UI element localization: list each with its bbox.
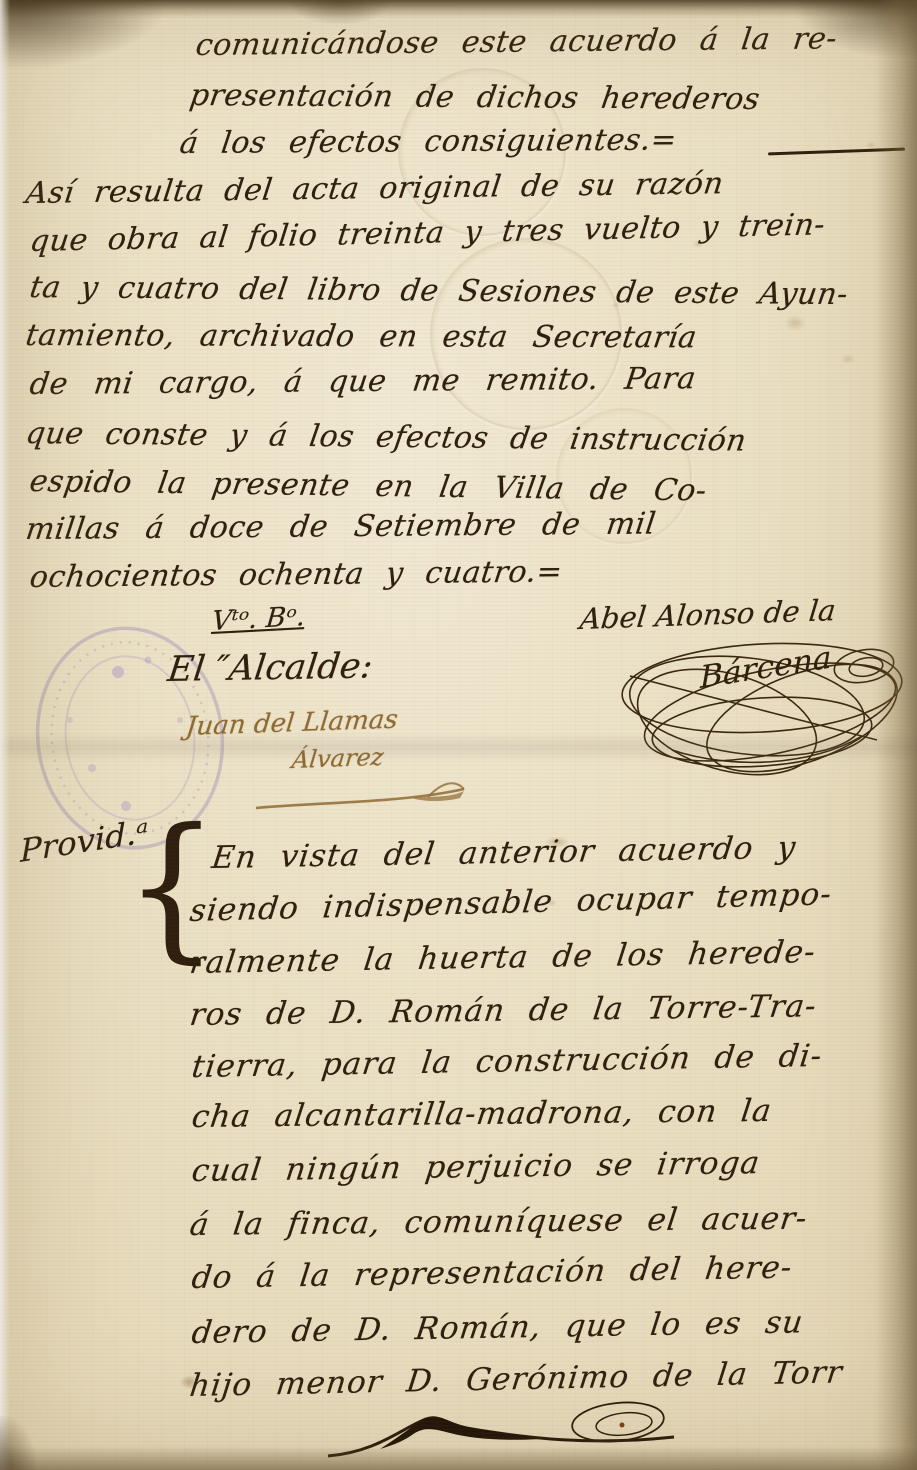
manuscript-line: que obra al folio treinta y tres vuelto … xyxy=(28,207,827,259)
manuscript-line: ochocientos ochenta y cuatro.= xyxy=(28,554,565,595)
manuscript-line: de mi cargo, á que me remito. Para xyxy=(28,361,699,402)
paper-crease xyxy=(0,732,917,762)
manuscript-line: millas á doce de Setiembre de mil xyxy=(24,507,658,547)
paper-corner-bottom-left xyxy=(0,1416,36,1470)
manuscript-line: tierra, para la construcción de di- xyxy=(190,1038,825,1085)
manuscript-line: ta y cuatro del libro de Sesiones de est… xyxy=(27,270,850,312)
manuscript-line: ralmente la huerta de los herede- xyxy=(188,934,818,981)
manuscript-line: ros de D. Román de la Torre-Tra- xyxy=(188,988,819,1033)
manuscript-line: hijo menor D. Gerónimo de la Torr xyxy=(188,1354,845,1404)
paper-edge-right xyxy=(875,0,917,1470)
manuscript-line: que conste y á los efectos de instrucció… xyxy=(23,416,748,459)
paper-corner-top-left xyxy=(0,0,170,70)
manuscript-line: presentación de dichos herederos xyxy=(187,78,762,117)
manuscript-line: tamiento, archivado en esta Secretaría xyxy=(23,318,699,355)
manuscript-line: á los efectos consiguientes.= xyxy=(178,123,679,161)
visto-bueno-abbreviation: Vᵗᵒ. Bᵒ. xyxy=(211,601,307,637)
manuscript-line: do á la representación del here- xyxy=(190,1250,795,1296)
alcalde-rubric-flourish xyxy=(252,772,472,822)
alcalde-title: El ″Alcalde: xyxy=(166,646,375,690)
paper-edge-left xyxy=(0,0,10,1470)
manuscript-page: comunicándose este acuerdo á la re- pres… xyxy=(0,0,917,1470)
paper-edge-bottom xyxy=(0,1446,917,1470)
manuscript-line: En vista del anterior acuerdo y xyxy=(210,830,798,876)
foxing-stain xyxy=(780,312,810,334)
manuscript-line: cha alcantarilla-madrona, con la xyxy=(190,1093,774,1135)
manuscript-line: Así resulta del acta original de su razó… xyxy=(24,166,726,211)
manuscript-line: á la finca, comuníquese el acuer- xyxy=(188,1201,810,1243)
secretario-signature: Abel Alonso de la xyxy=(578,593,837,636)
paper-edge-blemish xyxy=(290,0,390,24)
manuscript-line: cual ningún perjuicio se irroga xyxy=(190,1145,763,1189)
manuscript-line: siendo indispensable ocupar tempo- xyxy=(188,876,834,929)
providencia-brace: { xyxy=(124,808,219,966)
manuscript-line: dero de D. Román, que lo es su xyxy=(190,1304,806,1351)
foxing-stain xyxy=(838,352,858,366)
manuscript-line: comunicándose este acuerdo á la re- xyxy=(194,21,840,63)
